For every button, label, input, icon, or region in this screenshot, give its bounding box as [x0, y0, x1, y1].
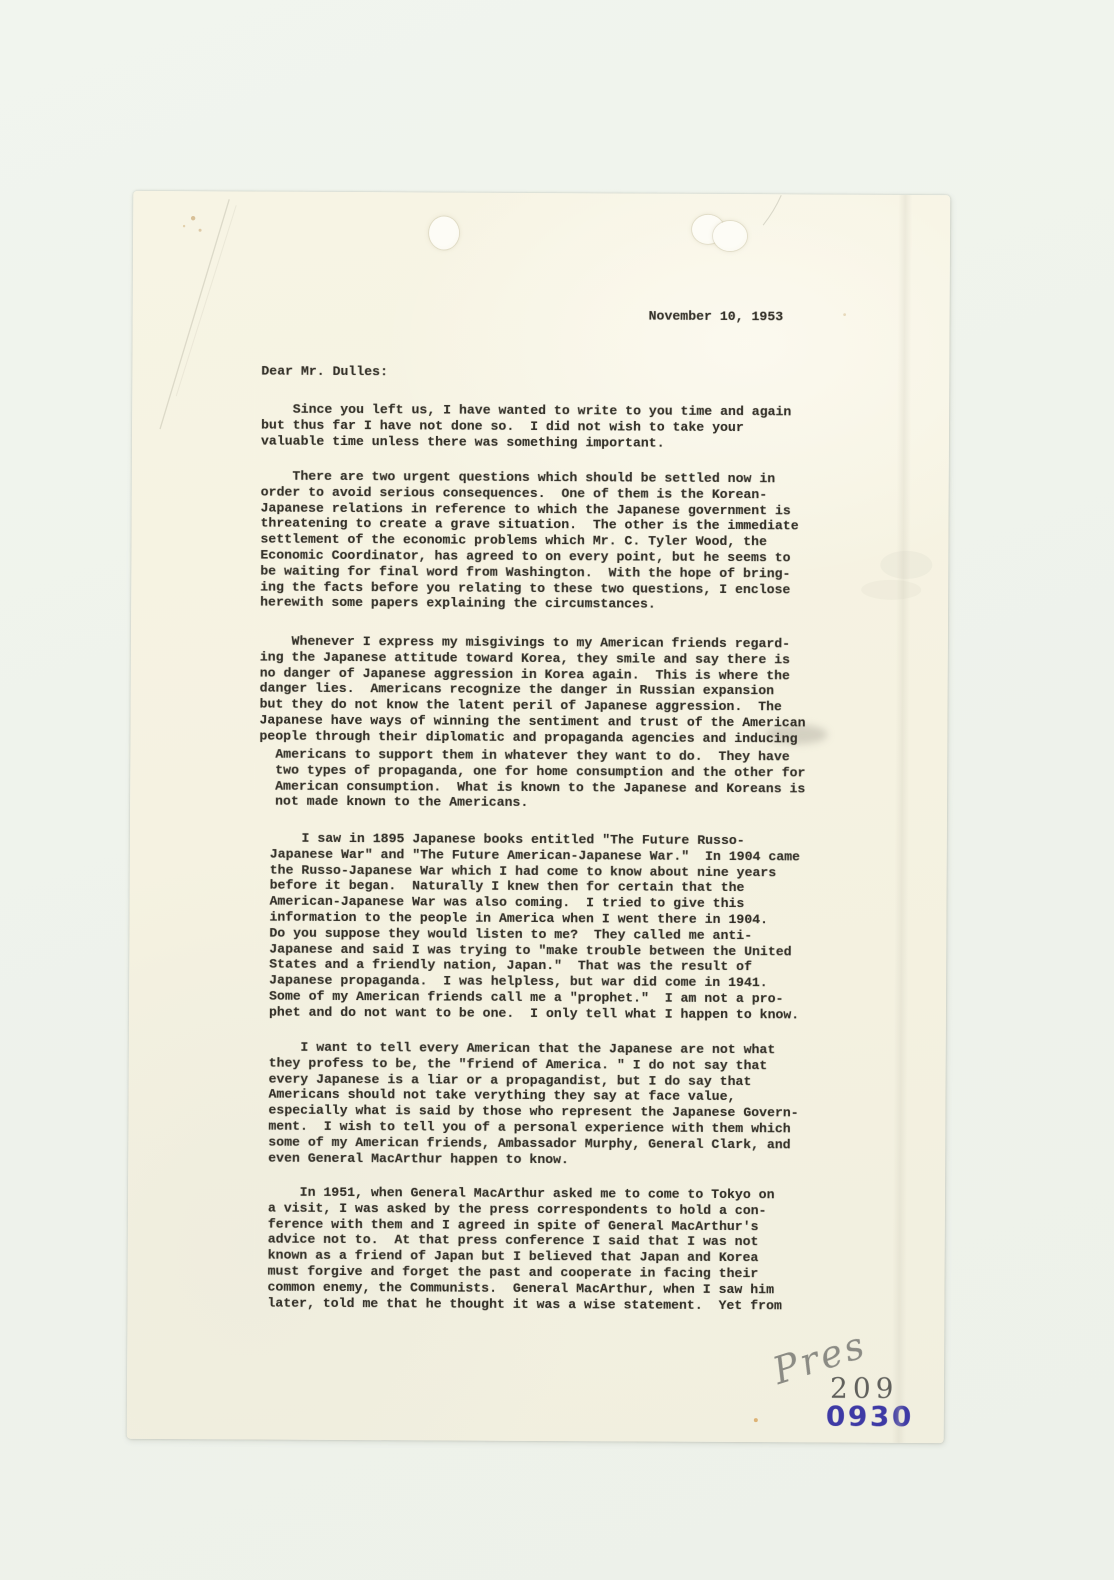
letter-salutation: Dear Mr. Dulles: [261, 364, 388, 380]
letter-paragraph-5: I want to tell every American that the J… [268, 1040, 799, 1169]
letter-paragraph-4: I saw in 1895 Japanese books entitled "T… [269, 831, 800, 1023]
letter-paragraph-3-continued: Americans to support them in whatever th… [275, 747, 806, 813]
letter-page: November 10, 1953 Dear Mr. Dulles: Since… [127, 191, 951, 1443]
letter-paragraph-3: Whenever I express my misgivings to my A… [259, 634, 806, 747]
punch-hole-right-b [713, 221, 747, 251]
letter-paragraph-6: In 1951, when General MacArthur asked me… [267, 1185, 782, 1314]
archive-number-stamp: 0930 [826, 1402, 914, 1432]
punch-hole-left [429, 216, 459, 249]
letter-date: November 10, 1953 [649, 309, 784, 326]
letter-paragraph-2: There are two urgent questions which sho… [260, 469, 799, 614]
scan-background: November 10, 1953 Dear Mr. Dulles: Since… [0, 0, 1114, 1580]
letter-paragraph-1: Since you left us, I have wanted to writ… [261, 402, 791, 452]
